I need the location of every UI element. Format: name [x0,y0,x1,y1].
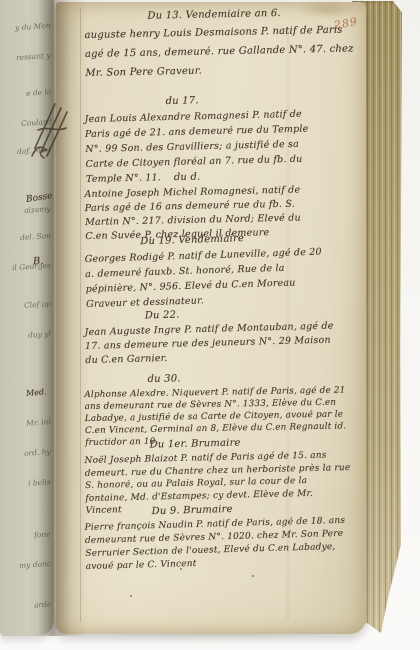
verso-text-fragment: Clef op [24,299,52,310]
verso-text-fragment: fone [34,529,51,539]
register-entry: Du 9. Brumaire Pierre françois Naudin P.… [84,500,358,574]
margin-note: Med. [26,387,47,398]
verso-text-fragment: y du Mon [15,21,51,32]
verso-text-fragment: ressant y [16,51,51,62]
ink-speck [180,568,182,570]
verso-text-fragment: aizamy [24,204,51,215]
register-entry: Du 13. Vendemiaire an 6. auguste henry L… [84,6,357,83]
margin-note: B. [33,256,44,268]
verso-text-fragment: duy yl [28,329,51,340]
register-entry: Du 19. Vendemiaire Georges Rodigé P. nat… [84,229,358,312]
verso-text-fragment: del. Son [20,231,51,242]
verso-text-fragment: arde [33,599,51,609]
entry-body-text: Georges Rodigé P. natif de Luneville, ag… [84,244,326,312]
verso-text-fragment: Mr. inl [26,417,51,428]
verso-text-fragment: e de la [25,87,51,98]
verso-text-fragment: ord. hy [24,447,51,458]
ink-speck [130,595,132,597]
entry-body-text: auguste henry Louis Desmaisons P. natif … [84,20,357,83]
verso-text-fragment: il Georges [12,261,51,273]
verso-text-fragment: my donc [19,559,52,570]
book-photograph: y du Mon ressant y e de la Coulard daf. … [0,0,420,650]
verso-text-fragment: i belis [28,477,51,488]
entry-body-text: Jean Auguste Ingre P. natif de Montauban… [84,319,341,368]
ink-speck [252,575,254,577]
entry-body-text: Pierre françois Naudin P. natif de Paris… [84,514,357,574]
register-entry: Du 22. Jean Auguste Ingre P. natif de Mo… [84,305,357,368]
